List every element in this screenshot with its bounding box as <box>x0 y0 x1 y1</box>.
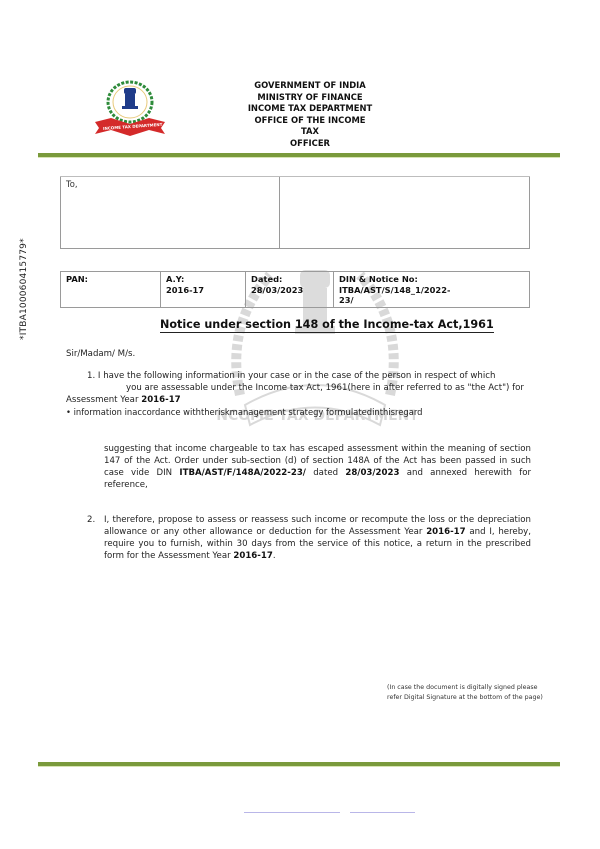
order-date: 28/03/2023 <box>345 468 399 478</box>
din-label: DIN & Notice No: <box>339 274 483 285</box>
p2-year-1: 2016-17 <box>426 527 465 537</box>
suggest-text-2: dated <box>306 468 345 478</box>
order-din: ITBA/AST/F/148A/2022-23/ <box>179 468 306 478</box>
digital-signature-note: (In case the document is digitally signe… <box>387 683 543 703</box>
ay-cell: A.Y: 2016-17 <box>160 272 245 307</box>
footer-link-2[interactable] <box>350 812 415 813</box>
addressee-left-cell: To, <box>60 177 280 248</box>
assessment-year-label: Assessment Year <box>66 395 141 405</box>
addressee-box: To, <box>60 176 530 249</box>
table-right-border <box>529 272 530 307</box>
footer-divider <box>38 762 560 766</box>
header-line: INCOME TAX DEPARTMENT <box>245 103 375 115</box>
header-line: GOVERNMENT OF INDIA <box>245 80 375 92</box>
header-line: MINISTRY OF FINANCE <box>245 92 375 104</box>
p2-text-3: . <box>273 551 276 561</box>
paragraph-1-line-1: 1. I have the following information in y… <box>87 370 495 382</box>
din-value-line2: 23/ <box>339 295 483 306</box>
paragraph-1-line-2: you are assessable under the Income tax … <box>126 382 524 394</box>
document-barcode-id: *ITBA100060415779* <box>19 238 29 340</box>
information-bullet: • information inaccordance withtheriskma… <box>66 406 422 418</box>
assessment-year-value: 2016-17 <box>141 395 180 405</box>
dated-label: Dated: <box>251 274 333 285</box>
header-divider <box>38 153 560 157</box>
department-header: GOVERNMENT OF INDIA MINISTRY OF FINANCE … <box>245 80 375 150</box>
addressee-right-border <box>529 177 530 248</box>
to-label: To, <box>66 179 77 189</box>
signature-note-line-1: (In case the document is digitally signe… <box>387 683 543 693</box>
pan-cell: PAN: <box>60 272 160 307</box>
escaped-assessment-paragraph: suggesting that income chargeable to tax… <box>104 443 531 491</box>
din-value-line1: ITBA/AST/S/148_1/2022- <box>339 285 483 296</box>
ay-value: 2016-17 <box>166 285 245 296</box>
pan-label: PAN: <box>66 274 160 285</box>
ay-label: A.Y: <box>166 274 245 285</box>
paragraph-1-line-3: Assessment Year 2016-17 <box>66 394 181 406</box>
din-cell: DIN & Notice No: ITBA/AST/S/148_1/2022- … <box>333 272 483 307</box>
signature-note-line-2: refer Digital Signature at the bottom of… <box>387 693 543 703</box>
notice-info-table: PAN: A.Y: 2016-17 Dated: 28/03/2023 DIN … <box>60 271 530 308</box>
dated-value: 28/03/2023 <box>251 285 333 296</box>
footer-link-1[interactable] <box>244 812 340 813</box>
paragraph-2: I, therefore, propose to assess or reass… <box>104 514 531 562</box>
salutation: Sir/Madam/ M/s. <box>66 348 135 360</box>
notice-title: Notice under section 148 of the Income-t… <box>160 318 494 333</box>
p2-year-2: 2016-17 <box>233 551 272 561</box>
paragraph-2-number: 2. <box>87 514 95 526</box>
header-line: OFFICE OF THE INCOME TAX <box>245 115 375 138</box>
header-line: OFFICER <box>245 138 375 150</box>
dated-cell: Dated: 28/03/2023 <box>245 272 333 307</box>
income-tax-logo: INCOME TAX DEPARTMENT <box>93 78 167 140</box>
